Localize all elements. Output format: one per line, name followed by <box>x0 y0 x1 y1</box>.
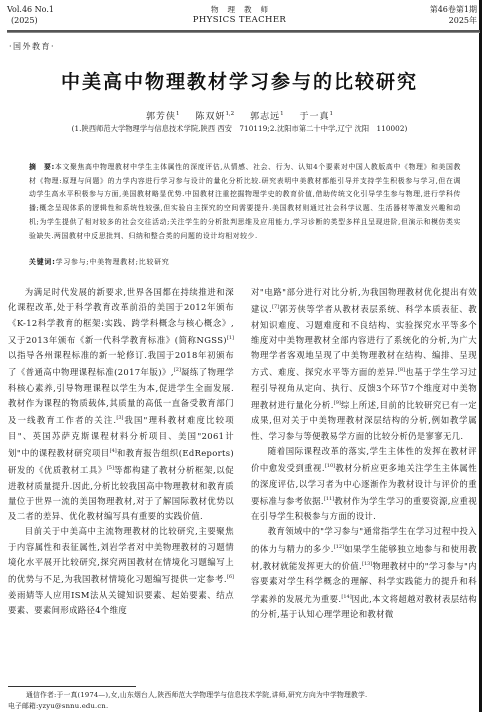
author: 郭志远1 <box>250 112 284 122</box>
citation[interactable]: [3] <box>116 415 123 421</box>
citation[interactable]: [5] <box>107 465 114 471</box>
abstract: 摘 要:本文聚焦高中物理教材中学生主体属性的深度评估,从情感、社会、行为、认知4… <box>29 161 461 243</box>
author: 于一真1 <box>299 112 333 122</box>
paragraph: 随着国际课程改革的落实,学生主体性的发挥在教材评价中愈发受到重视.[10]教材分… <box>251 444 477 524</box>
header-rule <box>7 30 480 33</box>
paragraph: 对"电路"部分进行对比分析,为我国物理教材优化提出有效建议.[7]郭芳侠等学者从… <box>251 285 477 444</box>
email[interactable]: 电子邮箱:yzyu@snnu.edu.cn. <box>8 701 478 712</box>
citation[interactable]: [2] <box>174 367 181 373</box>
abstract-label: 摘 要: <box>29 163 55 171</box>
paragraph: 教育领域中的"学习参与"通常指学生在学习过程中投入的体力与精力的多少.[12]如… <box>251 524 477 622</box>
journal-name-en: PHYSICS TEACHER <box>0 15 479 26</box>
journal-page: Vol.46 No.1 (2025) 物理教师 PHYSICS TEACHER … <box>0 0 482 712</box>
footnote: 通信作者:于一真(1974—),女,山东烟台人,陕西师范大学物理学与信息技术学院… <box>8 690 478 712</box>
running-header: Vol.46 No.1 (2025) 物理教师 PHYSICS TEACHER … <box>0 0 479 32</box>
keywords: 关键词:学习参与;中美物理教材;比较研究 <box>29 256 461 266</box>
citation[interactable]: [4] <box>110 448 117 454</box>
abstract-text: 本文聚焦高中物理教材中学生主体属性的深度评估,从情感、社会、行为、认知4个要素对… <box>29 163 461 240</box>
citation[interactable]: [6] <box>227 574 234 580</box>
year-cn: 2025年 <box>430 15 477 26</box>
body-column-right: 对"电路"部分进行对比分析,为我国物理教材优化提出有效建议.[7]郭芳侠等学者从… <box>251 285 477 622</box>
citation[interactable]: [12] <box>334 544 344 550</box>
citation[interactable]: [14] <box>341 594 351 600</box>
author: 郭芳侠1 <box>146 112 180 122</box>
footnote-rule <box>8 686 136 687</box>
author: 陈双妍1,2 <box>195 112 234 122</box>
citation[interactable]: [11] <box>324 496 334 502</box>
citation[interactable]: [8] <box>398 367 405 373</box>
affiliations: (1.陕西师范大学物理学与信息技术学院,陕西 西安 710119;2.沈阳市第二… <box>0 124 479 134</box>
paragraph: 为满足时代发展的新要求,世界各国都在持续推进和深化课程改革,处于科学教育改革前沿… <box>8 285 234 524</box>
keywords-text: 学习参与;中美物理教材;比较研究 <box>56 258 170 266</box>
citation[interactable]: [9] <box>334 400 341 406</box>
paragraph: 目前关于中美高中主流物理教材的比较研究,主要聚焦于内容属性和表征属性,刘岩学者对… <box>8 524 234 618</box>
corresponding-author: 通信作者:于一真(1974—),女,山东烟台人,陕西师范大学物理学与信息技术学院… <box>8 690 478 701</box>
header-center: 物理教师 PHYSICS TEACHER <box>0 4 479 26</box>
body-column-left: 为满足时代发展的新要求,世界各国都在持续推进和深化课程改革,处于科学教育改革前沿… <box>8 285 234 618</box>
journal-name-cn: 物理教师 <box>0 4 479 15</box>
header-right: 第46卷第1期 2025年 <box>430 4 477 26</box>
column-label: ·国外教育· <box>9 41 55 52</box>
volume-cn: 第46卷第1期 <box>430 4 477 15</box>
citation[interactable]: [1] <box>227 335 234 341</box>
citation[interactable]: [13] <box>362 561 372 567</box>
article-title: 中美高中物理教材学习参与的比较研究 <box>0 67 479 94</box>
keywords-label: 关键词: <box>29 258 56 266</box>
author-list: 郭芳侠1 陈双妍1,2 郭志远1 于一真1 <box>0 109 479 122</box>
citation[interactable]: [10] <box>325 463 335 469</box>
